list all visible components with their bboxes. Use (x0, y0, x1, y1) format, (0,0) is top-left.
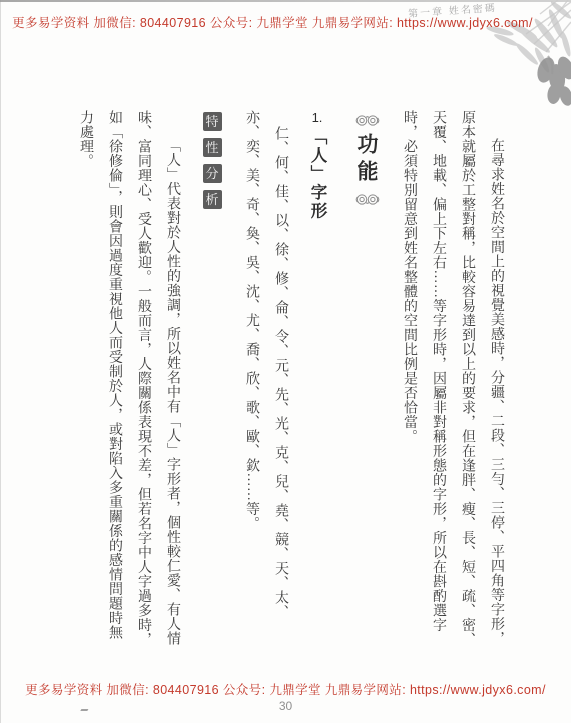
tag-char-box: 分 (203, 164, 222, 183)
section-heading-text: 功能 (352, 133, 382, 187)
header-promo-text: 更多易学资料 加微信: 804407916 公众号: 九鼎学堂 九鼎易学网站: … (0, 13, 571, 31)
tag-char-box: 析 (203, 190, 222, 209)
character-list-column: 仁、何、佳、以、徐、修、侖、令、元、先、光、克、兒、堯、競、天、太、 (266, 110, 295, 672)
tag-char-box: 特 (203, 112, 222, 131)
paragraph-column: 在尋求姓名於空間上的視覺美感時，分疆、二段、三勻、三停、平四角等字形， (482, 110, 511, 672)
sub-heading-number: 1. (312, 110, 323, 126)
paragraph-column: 力處理。 (71, 110, 100, 672)
paragraph-column: 如「徐修倫」，則會因過度重視他人而受制於人，或對陷入多重關係的感情問題時無 (100, 110, 129, 672)
paragraph-column: 「人」代表對於人性的強調，所以姓名中有「人」字形者，個性較仁愛、有人情 (158, 110, 187, 672)
scan-edge-left (0, 0, 1, 723)
analysis-tag-texing-fenxi: 特 性 分 析 (197, 110, 227, 209)
paragraph-column: 味、富同理心、受人歡迎。一般而言，人際關係表現不差，但若名字中人字過多時， (129, 110, 158, 672)
scroll-ornament-icon (354, 192, 381, 207)
section-heading-gongneng: 功能 (352, 110, 382, 207)
paragraph-column: 天覆、地載、偏上下左右……等字形時，因屬非對稱形態的字形，所以在斟酌選字 (424, 110, 453, 672)
book-page-scan: 第一章 姓名密碼 更多易学资料 加微信: 804407916 公众号: 九鼎学堂… (0, 0, 571, 723)
paragraph-column: 原本就屬於工整對稱，比較容易達到以上的要求，但在逢胖、瘦、長、短、疏、密、 (453, 110, 482, 672)
paragraph-column: 時，必須特別留意到姓名整體的空間比例是否恰當。 (395, 110, 424, 672)
scroll-ornament-icon (354, 113, 381, 128)
page-body: 在尋求姓名於空間上的視覺美感時，分疆、二段、三勻、三停、平四角等字形， 原本就屬… (50, 110, 511, 672)
sub-heading-text: 「人」字形 (301, 128, 333, 221)
character-list-column: 亦、奕、美、奇、奐、吳、沈、尤、喬、欣、歌、歐、欽……等。 (237, 110, 266, 672)
footer-promo-text: 更多易学资料 加微信: 804407916 公众号: 九鼎学堂 九鼎易学网站: … (0, 680, 571, 698)
sub-heading-ren-shape: 1. 「人」字形 (301, 110, 333, 221)
tag-char-box: 性 (203, 138, 222, 157)
